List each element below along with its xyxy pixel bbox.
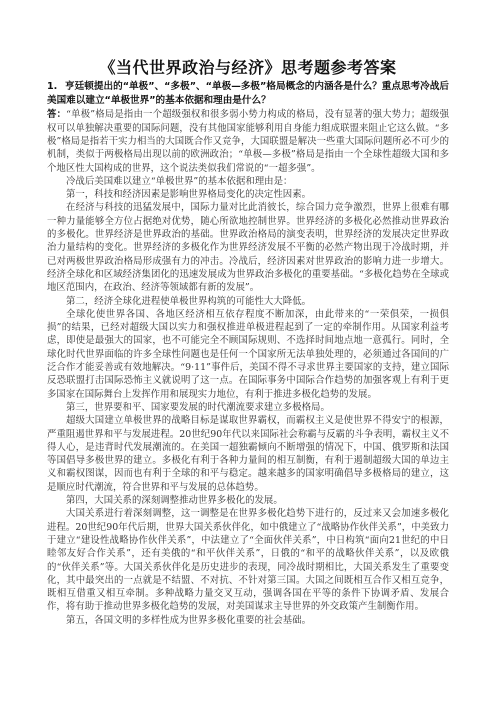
document-page: 《当代世界政治与经济》思考题参考答案 1.亨廷顿提出的“单极”、“多极”、“单极… <box>47 58 449 627</box>
paragraph-body-2: 全球化使世界各国、各地区经济相互依存程度不断加深，由此带来的“一荣俱荣，一损俱损… <box>47 308 449 401</box>
paragraph-heading-2: 第二，经济全球化进程使单极世界构筑的可能性大大降低。 <box>47 295 449 308</box>
answer-label: 答： <box>47 109 66 120</box>
paragraph-heading-4: 第四，大国关系的深刻调整推动世界多极化的发展。 <box>47 494 449 507</box>
question-text: 亨廷顿提出的“单极”、“多极”、“单极—多极”格局概念的内涵各是什么？重点思考冷… <box>47 81 449 106</box>
answer-intro-paragraph: 答：“单极”格局是指由一个超级强权和很多弱小势力构成的格局，没有显著的强大势力；… <box>47 108 449 174</box>
answer-intro-text: “单极”格局是指由一个超级强权和很多弱小势力构成的格局，没有显著的强大势力；超级… <box>47 109 449 173</box>
paragraph-body-1: 在经济与科技的迅猛发展中，国际力量对比此消彼长，综合国力竞争激烈，世界上很难有哪… <box>47 201 449 294</box>
document-title: 《当代世界政治与经济》思考题参考答案 <box>47 58 449 78</box>
paragraph-reasons-intro: 冷战后美国难以建立“单极世界”的基本依据和理由是： <box>47 175 449 188</box>
paragraph-heading-3: 第三，世界要和平、国家要发展的时代潮流要求建立多极格局。 <box>47 401 449 414</box>
paragraph-heading-1: 第一，科技和经济因素是影响世界格局变化的决定性因素。 <box>47 188 449 201</box>
question-number: 1. <box>47 80 65 94</box>
paragraph-body-4: 大国关系进行着深刻调整，这一调整是在世界多极化趋势下进行的，反过来又会加速多极化… <box>47 507 449 613</box>
question-1: 1.亨廷顿提出的“单极”、“多极”、“单极—多极”格局概念的内涵各是什么？重点思… <box>47 80 449 108</box>
paragraph-body-3: 超级大国建立单极世界的战略目标是谋取世界霸权，而霸权主义是使世界不得安宁的根源，… <box>47 414 449 494</box>
paragraph-heading-5: 第五，各国文明的多样性成为世界多极化重要的社会基础。 <box>47 614 449 627</box>
